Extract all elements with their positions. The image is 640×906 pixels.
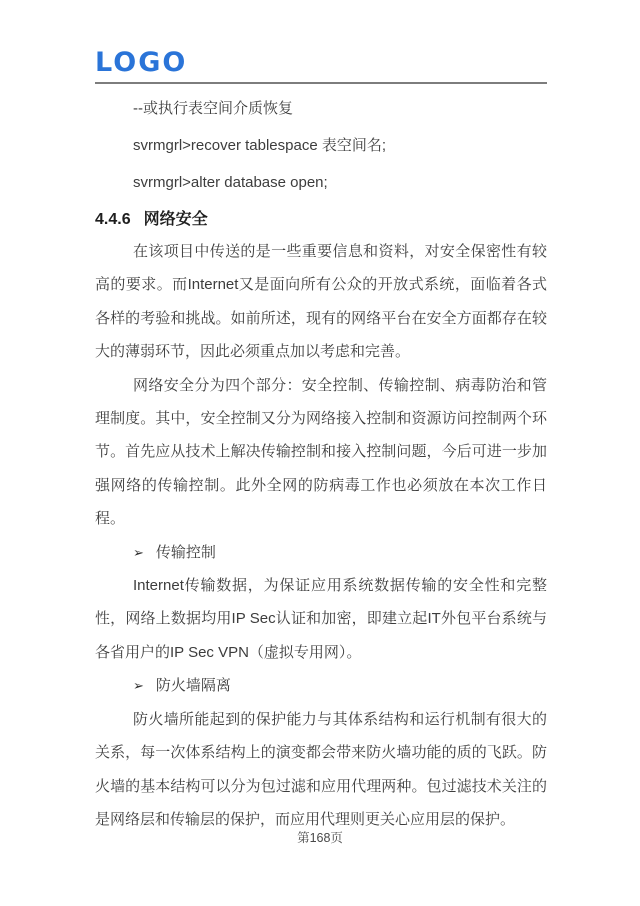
body-text: 在该项目中传送的是一些重要信息和资料，对安全保密性有较高的要求。而Interne… (95, 235, 547, 836)
paragraph: 防火墙所能起到的保护能力与其体系结构和运行机制有很大的关系，每一次体系结构上的演… (95, 703, 547, 837)
arrow-bullet-icon: ➢ (133, 545, 144, 560)
page-content: LOGO --或执行表空间介质恢复 svrmgrl>recover tables… (95, 50, 547, 836)
bullet-item-transmission-control: ➢传输控制 (95, 536, 547, 569)
page-number: 第168页 (0, 828, 640, 846)
paragraph: 网络安全分为四个部分：安全控制、传输控制、病毒防治和管理制度。其中，安全控制又分… (95, 369, 547, 536)
code-line: svrmgrl>recover tablespace 表空间名; (95, 127, 547, 164)
section-heading: 4.4.6网络安全 (95, 209, 547, 231)
code-block: --或执行表空间介质恢复 svrmgrl>recover tablespace … (95, 90, 547, 201)
section-number: 4.4.6 (95, 211, 131, 228)
paragraph: Internet传输数据，为保证应用系统数据传输的安全性和完整性，网络上数据均用… (95, 569, 547, 669)
bullet-item-firewall-isolation: ➢防火墙隔离 (95, 669, 547, 702)
code-line: svrmgrl>alter database open; (95, 164, 547, 201)
section-title: 网络安全 (144, 211, 208, 228)
bullet-label: 传输控制 (156, 544, 216, 561)
arrow-bullet-icon: ➢ (133, 678, 144, 693)
paragraph: 在该项目中传送的是一些重要信息和资料，对安全保密性有较高的要求。而Interne… (95, 235, 547, 369)
code-line: --或执行表空间介质恢复 (95, 90, 547, 127)
document-page: LOGO --或执行表空间介质恢复 svrmgrl>recover tables… (0, 0, 640, 906)
company-logo: LOGO (95, 50, 547, 76)
bullet-label: 防火墙隔离 (156, 677, 231, 694)
header-divider (95, 82, 547, 84)
